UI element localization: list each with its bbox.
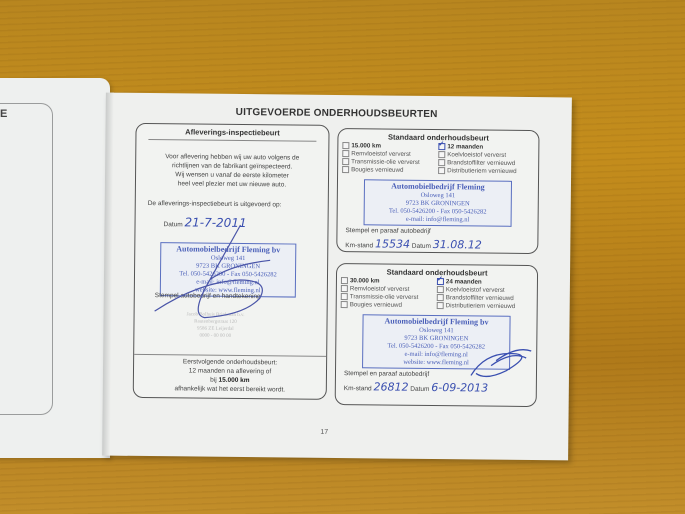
interval-months-label: 12 maanden (447, 143, 483, 150)
delivery-inspection-heading: Afleverings-inspectiebeurt (148, 124, 316, 142)
delivery-intro-text: Voor aflevering hebben wij uw auto volge… (136, 152, 328, 190)
intro-line: heel veel plezier met uw nieuwe auto. (136, 179, 328, 190)
stamp-initials-label: Stempel en paraaf autobedrijf (344, 370, 536, 379)
delivery-date-field: Datum 21-7-2011 (163, 215, 327, 231)
km-date-row: Km-stand 26812 Datum 6-09-2013 (344, 380, 536, 395)
stamp-initials-label: Stempel en paraaf autobedrijf (345, 227, 537, 236)
checklist-label: Bougies vernieuwd (350, 302, 402, 310)
checkbox[interactable] (341, 293, 348, 300)
date-label: Datum (412, 242, 431, 249)
handwritten-km: 15534 (375, 237, 410, 250)
checklist-label: Koelvloeistof ververst (446, 286, 505, 294)
handwritten-date: 21-7-2011 (184, 215, 246, 230)
dealer-stamp: Automobielbedrijf Fleming Osloweg 141 97… (364, 179, 512, 227)
checklist-item[interactable]: Bougies vernieuwd (342, 166, 438, 174)
faint-stamp-imprint: Jacob Bolhuis Brinkman b.v. Rautenbergst… (186, 311, 244, 340)
stamp-signature-label: Stempel autobedrijf en handtekening (155, 292, 261, 300)
checklist-item[interactable]: Koelvloeistof ververst (438, 151, 534, 159)
interval-months[interactable]: 24 maanden (437, 278, 533, 286)
checklist-item[interactable]: Brandstoffilter vernieuwd (437, 294, 533, 302)
checklist-label: Distributieriem vernieuwd (446, 303, 516, 311)
checkbox[interactable] (438, 151, 445, 158)
next-service-info: Eerstvolgende onderhoudsbeurt: 12 maande… (134, 354, 326, 399)
service-panel-2: Standaard onderhoudsbeurt 30.000 km 24 m… (335, 263, 538, 407)
checklist-label: Transmissie-olie ververst (350, 294, 419, 302)
stamp-website: website: www.fleming.nl (365, 358, 507, 367)
checklist-item[interactable]: Distributieriem vernieuwd (438, 167, 534, 175)
checkbox[interactable] (437, 286, 444, 293)
done-on-label: De afleverings-inspectiebeurt is uitgevo… (148, 200, 328, 209)
checklist-item[interactable]: Transmissie-olie ververst (342, 158, 438, 166)
checklist-item[interactable]: Distributieriem vernieuwd (437, 302, 533, 310)
checklist-label: Transmissie-olie ververst (351, 159, 420, 167)
checkbox[interactable] (437, 294, 444, 301)
checklist-label: Brandstoffilter vernieuwd (447, 160, 515, 168)
page-number: 17 (320, 429, 328, 436)
left-page: E (0, 78, 110, 458)
checklist-item[interactable]: Brandstoffilter vernieuwd (438, 159, 534, 167)
checklist-item[interactable]: Remvloeistof ververst (342, 150, 438, 158)
dealer-stamp: Automobielbedrijf Fleming bv Osloweg 141… (160, 242, 297, 297)
date-label: Datum (163, 221, 182, 228)
checkbox[interactable] (341, 301, 348, 308)
km-label: Km-stand (345, 242, 373, 249)
checklist-label: Remvloeistof ververst (350, 285, 410, 293)
interval-months-label: 24 maanden (446, 278, 482, 285)
checkbox[interactable] (342, 158, 349, 165)
interval-km[interactable]: 30.000 km (341, 277, 437, 285)
handwritten-date: 6-09-2013 (431, 381, 488, 395)
delivery-inspection-panel: Afleverings-inspectiebeurt Voor afleveri… (133, 123, 330, 400)
checkbox-checked[interactable] (438, 143, 445, 150)
interval-km-label: 30.000 km (350, 277, 380, 284)
checkbox[interactable] (437, 302, 444, 309)
faint-line: 0000 - 00 00 00 (186, 332, 244, 340)
next-service-km: 15.000 km (218, 377, 249, 384)
checkbox[interactable] (341, 285, 348, 292)
stamp-phone: Tel. 050-5426200 - Fax 050-5426282 (367, 207, 509, 216)
service-booklet-page: UITGEVOERDE ONDERHOUDSBEURTEN Aflevering… (102, 93, 572, 461)
checklist-label: Koelvloeistof ververst (447, 151, 506, 159)
stamp-name: Automobielbedrijf Fleming bv (365, 316, 507, 327)
checklist-label: Distributieriem vernieuwd (447, 168, 517, 176)
stamp-name: Automobielbedrijf Fleming bv (163, 244, 293, 255)
checkbox-checked[interactable] (437, 278, 444, 285)
checklist-label: Bougies vernieuwd (351, 167, 403, 175)
next-service-prefix: bij (210, 377, 217, 384)
checklist-item[interactable]: Bougies vernieuwd (341, 301, 437, 309)
service-checklist: 15.000 km 12 maanden Remvloeistof verver… (342, 142, 534, 176)
checklist-item[interactable]: Remvloeistof ververst (341, 285, 437, 293)
stamp-email: e-mail: info@fleming.nl (367, 215, 509, 224)
checklist-item[interactable]: Koelvloeistof ververst (437, 286, 533, 294)
checkbox[interactable] (438, 167, 445, 174)
checkbox[interactable] (342, 166, 349, 173)
dealer-stamp: Automobielbedrijf Fleming bv Osloweg 141… (362, 314, 511, 370)
handwritten-km: 26812 (373, 380, 408, 393)
km-date-row: Km-stand 15534 Datum 31.08.12 (345, 237, 537, 252)
checkbox[interactable] (341, 277, 348, 284)
interval-km[interactable]: 15.000 km (342, 142, 438, 150)
checklist-item[interactable]: Transmissie-olie ververst (341, 293, 437, 301)
checkbox[interactable] (342, 142, 349, 149)
service-panel-1: Standaard onderhoudsbeurt 15.000 km 12 m… (336, 128, 539, 254)
stamp-phone: Tel. 050-5426200 - Fax 050-5426282 (365, 342, 507, 351)
checklist-label: Remvloeistof ververst (351, 150, 411, 158)
next-service-line: afhankelijk wat het eerst bereikt wordt. (134, 384, 326, 395)
left-page-letter: E (0, 108, 7, 120)
interval-months[interactable]: 12 maanden (438, 143, 534, 151)
service-checklist: 30.000 km 24 maanden Remvloeistof verver… (341, 277, 533, 311)
checklist-label: Brandstoffilter vernieuwd (446, 295, 514, 303)
interval-km-label: 15.000 km (351, 142, 381, 149)
checkbox[interactable] (438, 159, 445, 166)
page-title: UITGEVOERDE ONDERHOUDSBEURTEN (236, 107, 438, 120)
handwritten-date: 31.08.12 (433, 238, 482, 252)
km-label: Km-stand (344, 385, 372, 392)
left-page-panel (0, 103, 53, 415)
checkbox[interactable] (342, 150, 349, 157)
date-label: Datum (410, 385, 429, 392)
